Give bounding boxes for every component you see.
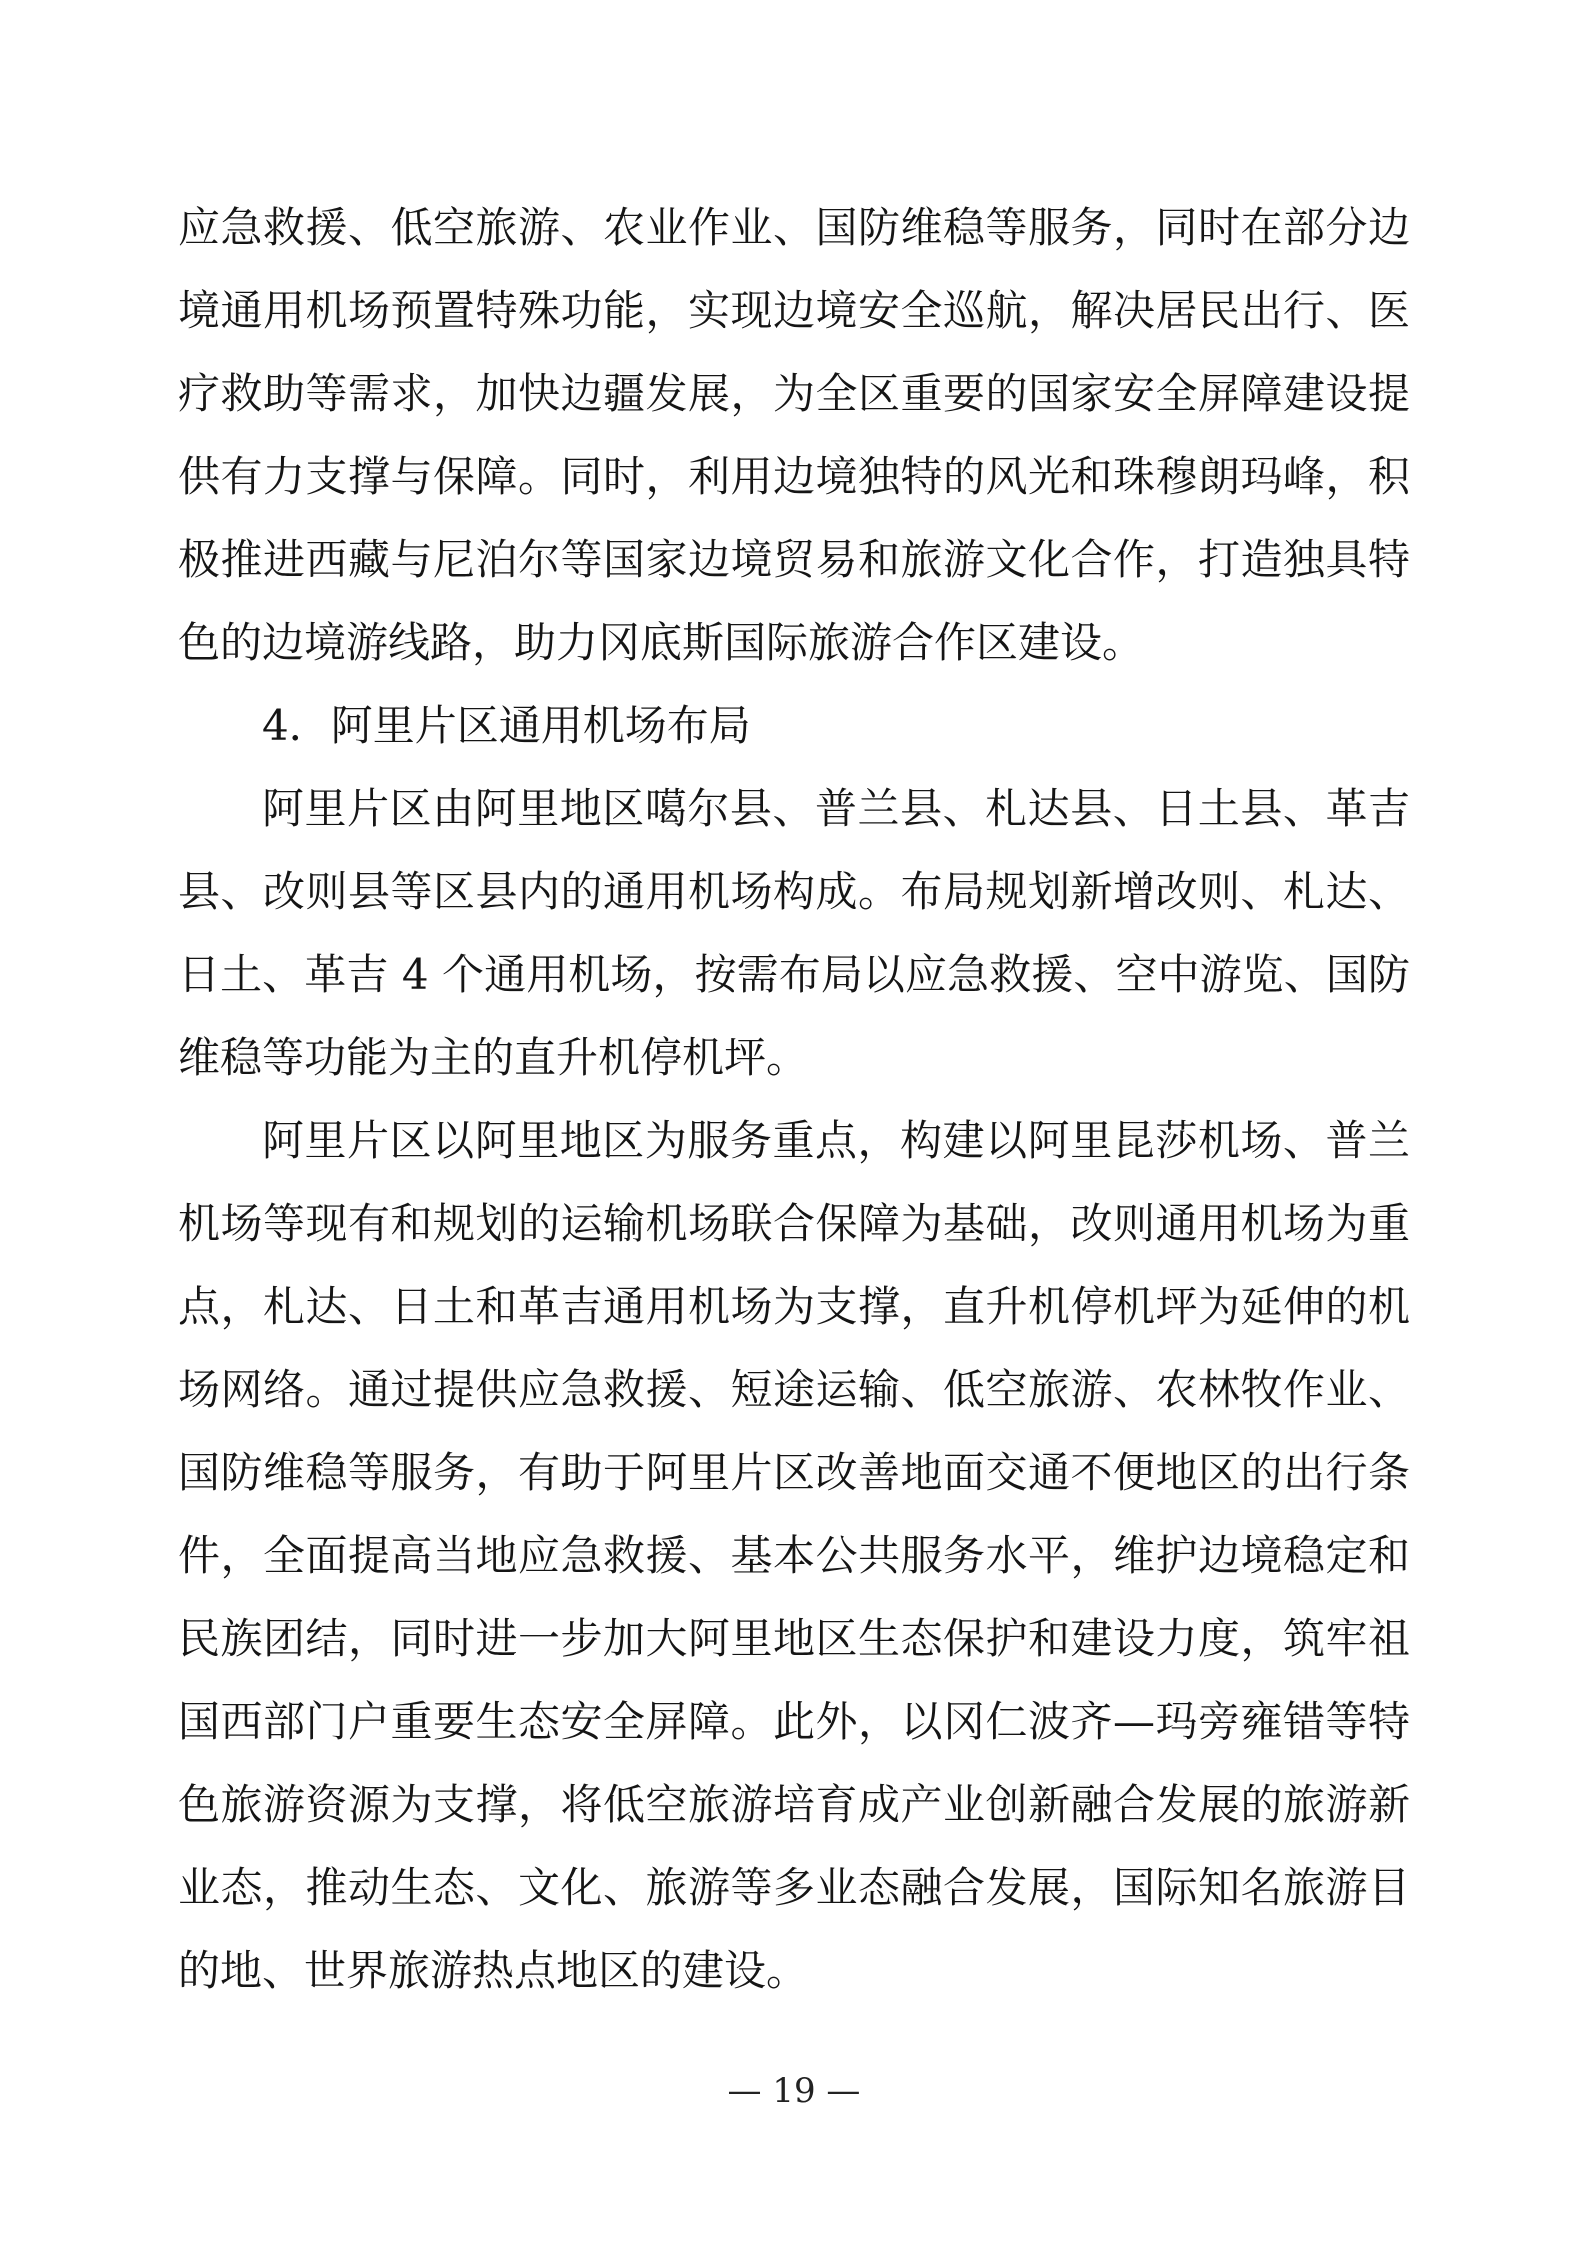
text-line: 疗救助等需求，加快边疆发展，为全区重要的国家安全屏障建设提	[178, 352, 1410, 435]
text-line: 点，札达、日土和革吉通用机场为支撑，直升机停机坪为延伸的机	[178, 1265, 1410, 1348]
text-line: 民族团结，同时进一步加大阿里地区生态保护和建设力度，筑牢祖	[178, 1597, 1410, 1680]
text-line: 极推进西藏与尼泊尔等国家边境贸易和旅游文化合作，打造独具特	[178, 518, 1410, 601]
text-line: 境通用机场预置特殊功能，实现边境安全巡航，解决居民出行、医	[178, 269, 1410, 352]
document-page: 应急救援、低空旅游、农业作业、国防维稳等服务，同时在部分边境通用机场预置特殊功能…	[0, 0, 1588, 2245]
page-number: — 19 —	[0, 2068, 1588, 2114]
text-line: 的地、世界旅游热点地区的建设。	[178, 1929, 1410, 2012]
text-line: 色旅游资源为支撑，将低空旅游培育成产业创新融合发展的旅游新	[178, 1763, 1410, 1846]
text-line: 日土、革吉 4 个通用机场，按需布局以应急救援、空中游览、国防	[178, 933, 1410, 1016]
document-body: 应急救援、低空旅游、农业作业、国防维稳等服务，同时在部分边境通用机场预置特殊功能…	[178, 186, 1410, 2012]
text-line: 阿里片区由阿里地区噶尔县、普兰县、札达县、日土县、革吉	[178, 767, 1410, 850]
text-line: 色的边境游线路，助力冈底斯国际旅游合作区建设。	[178, 601, 1410, 684]
text-line: 国西部门户重要生态安全屏障。此外，以冈仁波齐—玛旁雍错等特	[178, 1680, 1410, 1763]
text-line: 国防维稳等服务，有助于阿里片区改善地面交通不便地区的出行条	[178, 1431, 1410, 1514]
text-line: 县、改则县等区县内的通用机场构成。布局规划新增改则、札达、	[178, 850, 1410, 933]
text-line: 应急救援、低空旅游、农业作业、国防维稳等服务，同时在部分边	[178, 186, 1410, 269]
text-line: 阿里片区以阿里地区为服务重点，构建以阿里昆莎机场、普兰	[178, 1099, 1410, 1182]
text-line: 机场等现有和规划的运输机场联合保障为基础，改则通用机场为重	[178, 1182, 1410, 1265]
text-line: 供有力支撑与保障。同时，利用边境独特的风光和珠穆朗玛峰，积	[178, 435, 1410, 518]
text-line: 维稳等功能为主的直升机停机坪。	[178, 1016, 1410, 1099]
text-line: 业态，推动生态、文化、旅游等多业态融合发展，国际知名旅游目	[178, 1846, 1410, 1929]
text-line: 场网络。通过提供应急救援、短途运输、低空旅游、农林牧作业、	[178, 1348, 1410, 1431]
section-heading: 4．阿里片区通用机场布局	[178, 684, 1410, 767]
text-line: 件，全面提高当地应急救援、基本公共服务水平，维护边境稳定和	[178, 1514, 1410, 1597]
